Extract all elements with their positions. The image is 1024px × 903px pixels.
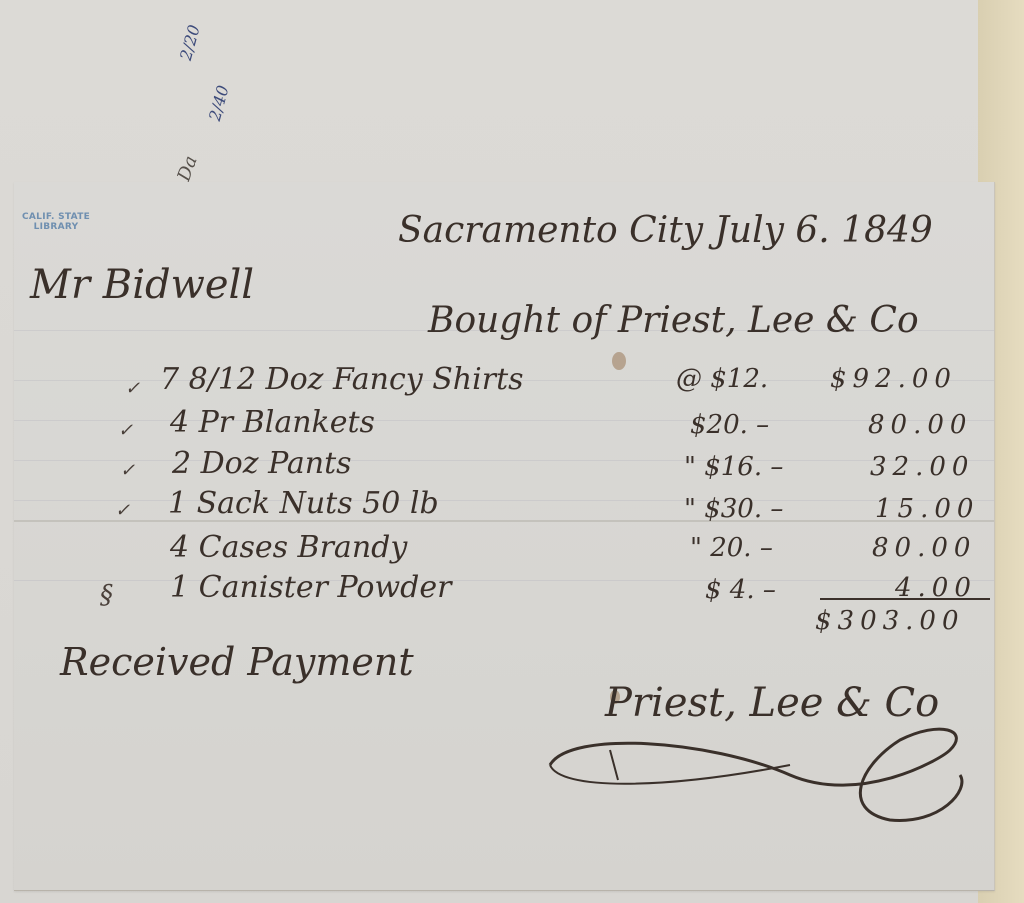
bought-of-line: Bought of Priest, Lee & Co xyxy=(428,300,919,341)
item-description: 2 Doz Pants xyxy=(172,446,352,481)
item-description: 4 Pr Blankets xyxy=(170,405,375,440)
item-rate: $ 4. – xyxy=(705,575,776,605)
place-date: Sacramento City July 6. 1849 xyxy=(398,210,933,251)
paper-rule xyxy=(14,580,994,581)
check-mark-icon: ✓ xyxy=(118,420,133,441)
check-mark-icon: ✓ xyxy=(120,460,135,481)
check-mark-icon: ✓ xyxy=(125,378,140,399)
flourish-mark-icon: § xyxy=(100,580,113,610)
item-description: 1 Sack Nuts 50 lb xyxy=(168,486,439,521)
item-amount: 80.00 xyxy=(872,533,976,563)
total-amount: $303.00 xyxy=(815,606,965,636)
item-rate: @ $12. xyxy=(676,364,768,394)
item-rate: " $16. – xyxy=(684,452,783,482)
paper-rule xyxy=(14,420,994,421)
signature-flourish-icon xyxy=(540,720,980,830)
stamp-line: LIBRARY xyxy=(22,222,90,232)
archive-stamp: CALIF. STATE LIBRARY xyxy=(22,212,90,232)
total-rule xyxy=(820,598,990,600)
item-description: 4 Cases Brandy xyxy=(170,530,407,565)
stamp-line: CALIF. STATE xyxy=(22,212,90,222)
item-rate: " $30. – xyxy=(684,494,783,524)
ink-stain xyxy=(612,352,626,370)
item-amount: 15.00 xyxy=(875,494,979,524)
salutation: Mr Bidwell xyxy=(30,262,254,308)
paper-rule xyxy=(14,500,994,501)
item-amount: $92.00 xyxy=(830,364,957,394)
item-description: 1 Canister Powder xyxy=(170,570,451,605)
item-rate: " 20. – xyxy=(690,533,773,563)
received-payment-note: Received Payment xyxy=(60,640,414,684)
paper-rule xyxy=(14,460,994,461)
check-mark-icon: ✓ xyxy=(115,500,130,521)
item-amount: 80.00 xyxy=(868,410,972,440)
item-amount: 32.00 xyxy=(870,452,974,482)
paper-fold xyxy=(14,520,994,522)
item-description: 7 8/12 Doz Fancy Shirts xyxy=(160,362,524,397)
item-rate: $20. – xyxy=(690,410,769,440)
